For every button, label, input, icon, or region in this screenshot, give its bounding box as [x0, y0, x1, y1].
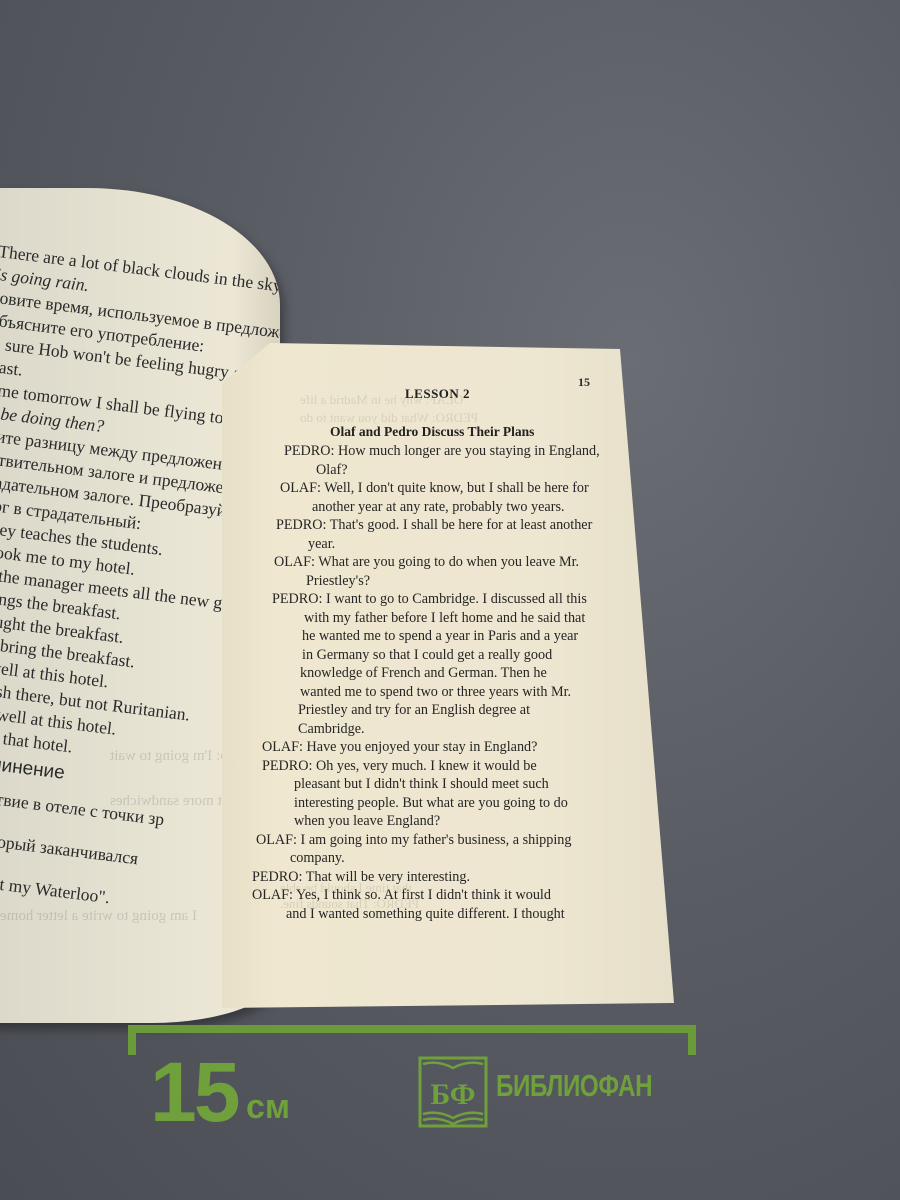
dialog-line-text: he wanted me to spend a year in Paris an…: [302, 628, 578, 644]
dialog-line: when you leave England?: [250, 812, 630, 831]
dialog-line-text: Have you enjoyed your stay in England?: [307, 739, 538, 755]
dialog-line-text: another year at any rate, probably two y…: [312, 499, 565, 515]
dialog-line: PEDRO: I want to go to Cambridge. I disc…: [250, 590, 630, 609]
dialog-line-text: Cambridge.: [298, 721, 365, 737]
speaker-name: OLAF:: [256, 832, 301, 848]
dialog-line: PEDRO: That's good. I shall be here for …: [250, 516, 630, 535]
dialog-line: OLAF: What are you going to do when you …: [250, 553, 630, 572]
dialog-line: PEDRO: That will be very interesting.: [250, 868, 630, 887]
size-unit: см: [246, 1088, 290, 1127]
speaker-name: PEDRO:: [276, 517, 330, 533]
dialog-line-text: Olaf?: [316, 462, 348, 478]
dialog-line: wanted me to spend two or three years wi…: [250, 683, 630, 702]
dialog-line-text: company.: [290, 850, 345, 866]
dialog-line-text: That's good. I shall be here for at leas…: [330, 517, 593, 533]
dialog-line: he wanted me to spend a year in Paris an…: [250, 627, 630, 646]
dialog-line: Priestley and try for an English degree …: [250, 701, 630, 720]
brand-name: БИБЛИОФАН: [496, 1068, 652, 1104]
dialog-line-text: Priestley and try for an English degree …: [298, 702, 530, 718]
dialog-line-text: when you leave England?: [294, 813, 440, 829]
svg-text:БФ: БФ: [430, 1078, 475, 1111]
speaker-name: PEDRO:: [272, 591, 326, 607]
dialog-line-text: Priestley's?: [306, 573, 370, 589]
dialog-line: OLAF: Well, I don't quite know, but I sh…: [250, 479, 630, 498]
dialog-line-text: and I wanted something quite different. …: [286, 906, 565, 922]
lesson-title: LESSON 2: [405, 386, 470, 402]
speaker-name: PEDRO:: [252, 869, 306, 885]
dialog-line-text: That will be very interesting.: [306, 869, 470, 885]
dialog-line: PEDRO: Oh yes, very much. I knew it woul…: [250, 757, 630, 776]
bibliofan-book-logo-icon: БФ: [418, 1056, 488, 1126]
dialog-line: OLAF: Have you enjoyed your stay in Engl…: [250, 738, 630, 757]
speaker-name: PEDRO:: [262, 758, 316, 774]
dialog-line: pleasant but I didn't think I should mee…: [250, 775, 630, 794]
dialog-line-text: What are you going to do when you leave …: [318, 554, 579, 570]
dialog-line-text: I want to go to Cambridge. I discussed a…: [326, 591, 587, 607]
dialog-line: knowledge of French and German. Then he: [250, 664, 630, 683]
dialog-line-text: I am going into my father's business, a …: [301, 832, 572, 848]
dialog-line: year.: [250, 535, 630, 554]
dialog-line-text: How much longer are you staying in Engla…: [338, 443, 600, 459]
bleed-through-text: I am going to write a letter home: [0, 908, 197, 925]
dialog-line-text: interesting people. But what are you goi…: [294, 795, 568, 811]
dialog-line-text: with my father before I left home and he…: [304, 610, 585, 626]
speaker-name: PEDRO:: [284, 443, 338, 459]
page-number: 15: [578, 375, 590, 390]
dialog-line-text: knowledge of French and German. Then he: [300, 665, 547, 681]
dialog-line: in Germany so that I could get a really …: [250, 646, 630, 665]
dialog-line-text: pleasant but I didn't think I should mee…: [294, 776, 549, 792]
dialog-line: PEDRO: How much longer are you staying i…: [250, 442, 630, 461]
speaker-name: OLAF:: [280, 480, 324, 496]
book-photo: There are a lot of black clouds in the s…: [0, 0, 900, 1200]
dialog-line-text: Oh yes, very much. I knew it would be: [316, 758, 537, 774]
ruler-tick-right: [688, 1025, 696, 1055]
ruler-bar: [128, 1025, 696, 1033]
speaker-name: OLAF:: [252, 887, 296, 903]
speaker-name: OLAF:: [262, 739, 307, 755]
dialog-line-text: Well, I don't quite know, but I shall be…: [324, 480, 588, 496]
dialog-line: Olaf?: [250, 461, 630, 480]
dialog-line-text: year.: [308, 536, 335, 552]
dialog-line: and I wanted something quite different. …: [250, 905, 630, 924]
dialog-line: another year at any rate, probably two y…: [250, 498, 630, 517]
dialog-title: Olaf and Pedro Discuss Their Plans: [330, 424, 534, 440]
dialog-line-text: in Germany so that I could get a really …: [302, 647, 552, 663]
ruler-tick-left: [128, 1025, 136, 1055]
dialog-line: OLAF: I am going into my father's busine…: [250, 831, 630, 850]
dialog-line: interesting people. But what are you goi…: [250, 794, 630, 813]
dialog-line-text: Yes, I think so. At first I didn't think…: [296, 887, 551, 903]
dialog-line-text: wanted me to spend two or three years wi…: [300, 684, 571, 700]
size-value: 15: [150, 1050, 237, 1134]
dialog-line: OLAF: Yes, I think so. At first I didn't…: [250, 886, 630, 905]
dialog-line: Priestley's?: [250, 572, 630, 591]
dialog-text: PEDRO: How much longer are you staying i…: [250, 442, 630, 923]
dialog-line: company.: [250, 849, 630, 868]
dialog-line: Cambridge.: [250, 720, 630, 739]
dialog-line: with my father before I left home and he…: [250, 609, 630, 628]
speaker-name: OLAF:: [274, 554, 318, 570]
